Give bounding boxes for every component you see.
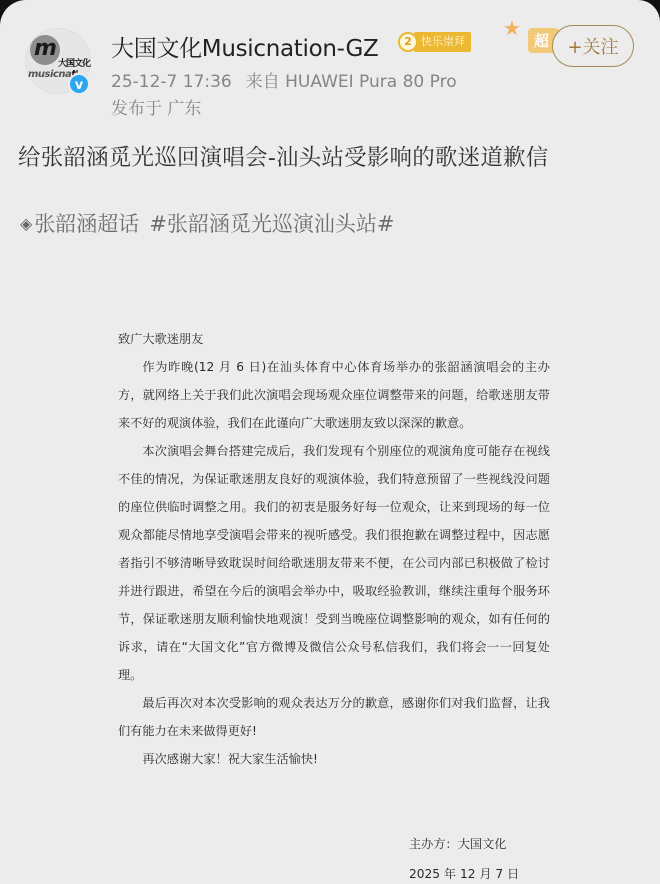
letter-paragraph: 作为昨晚(12 月 6 日)在汕头体育中心体育场举办的张韶涵演唱会的主办方，就网… — [118, 353, 550, 437]
post-tags: ◈ 张韶涵超话 #张韶涵觅光巡演汕头站# — [20, 208, 395, 238]
post-title: 给张韶涵觅光巡回演唱会-汕头站受影响的歌迷道歉信 — [18, 140, 548, 172]
source-device: 来自 HUAWEI Pura 80 Pro — [246, 72, 457, 92]
post-meta: 25-12-7 17:36来自 HUAWEI Pura 80 Pro — [111, 67, 457, 92]
letter-greeting: 致广大歌迷朋友 — [118, 325, 550, 353]
supertopic-link[interactable]: 张韶涵超话 — [34, 208, 139, 238]
username[interactable]: 大国文化Musicnation-GZ — [111, 30, 379, 63]
logo-cn-text: 大国文化 — [58, 56, 90, 69]
hashtag-link[interactable]: #张韶涵觅光巡演汕头站# — [149, 208, 394, 238]
star-icon: ★ — [503, 16, 521, 40]
organizer: 主办方：大国文化 — [409, 829, 519, 859]
verified-icon: v — [68, 73, 90, 95]
fan-level-icon: 2 — [398, 32, 418, 52]
weibo-post-card: m 大国文化 musicnat' v 大国文化Musicnation-GZ 2 … — [0, 0, 660, 884]
follow-button[interactable]: +关注 — [552, 25, 634, 67]
timestamp: 25-12-7 17:36 — [111, 72, 232, 92]
letter-signature: 主办方：大国文化 2025 年 12 月 7 日 — [409, 829, 519, 884]
letter-paragraph: 再次感谢大家！祝大家生活愉快! — [118, 745, 550, 773]
diamond-icon: ◈ — [20, 214, 32, 233]
location: 发布于 广东 — [111, 94, 201, 119]
letter-date: 2025 年 12 月 7 日 — [409, 859, 519, 884]
apology-letter-image[interactable]: 致广大歌迷朋友 作为昨晚(12 月 6 日)在汕头体育中心体育场举办的张韶涵演唱… — [118, 325, 550, 773]
letter-paragraph: 本次演唱会舞台搭建完成后，我们发现有个别座位的观演角度可能存在视线不佳的情况，为… — [118, 437, 550, 689]
logo-letter: m — [34, 36, 56, 61]
fan-badge[interactable]: 2 快乐崇拜 — [398, 32, 471, 52]
letter-paragraph: 最后再次对本次受影响的观众表达万分的歉意，感谢你们对我们监督，让我们有能力在未来… — [118, 689, 550, 745]
fan-badge-label: 快乐崇拜 — [414, 32, 471, 52]
logo-text-a: musicna — [28, 69, 71, 80]
